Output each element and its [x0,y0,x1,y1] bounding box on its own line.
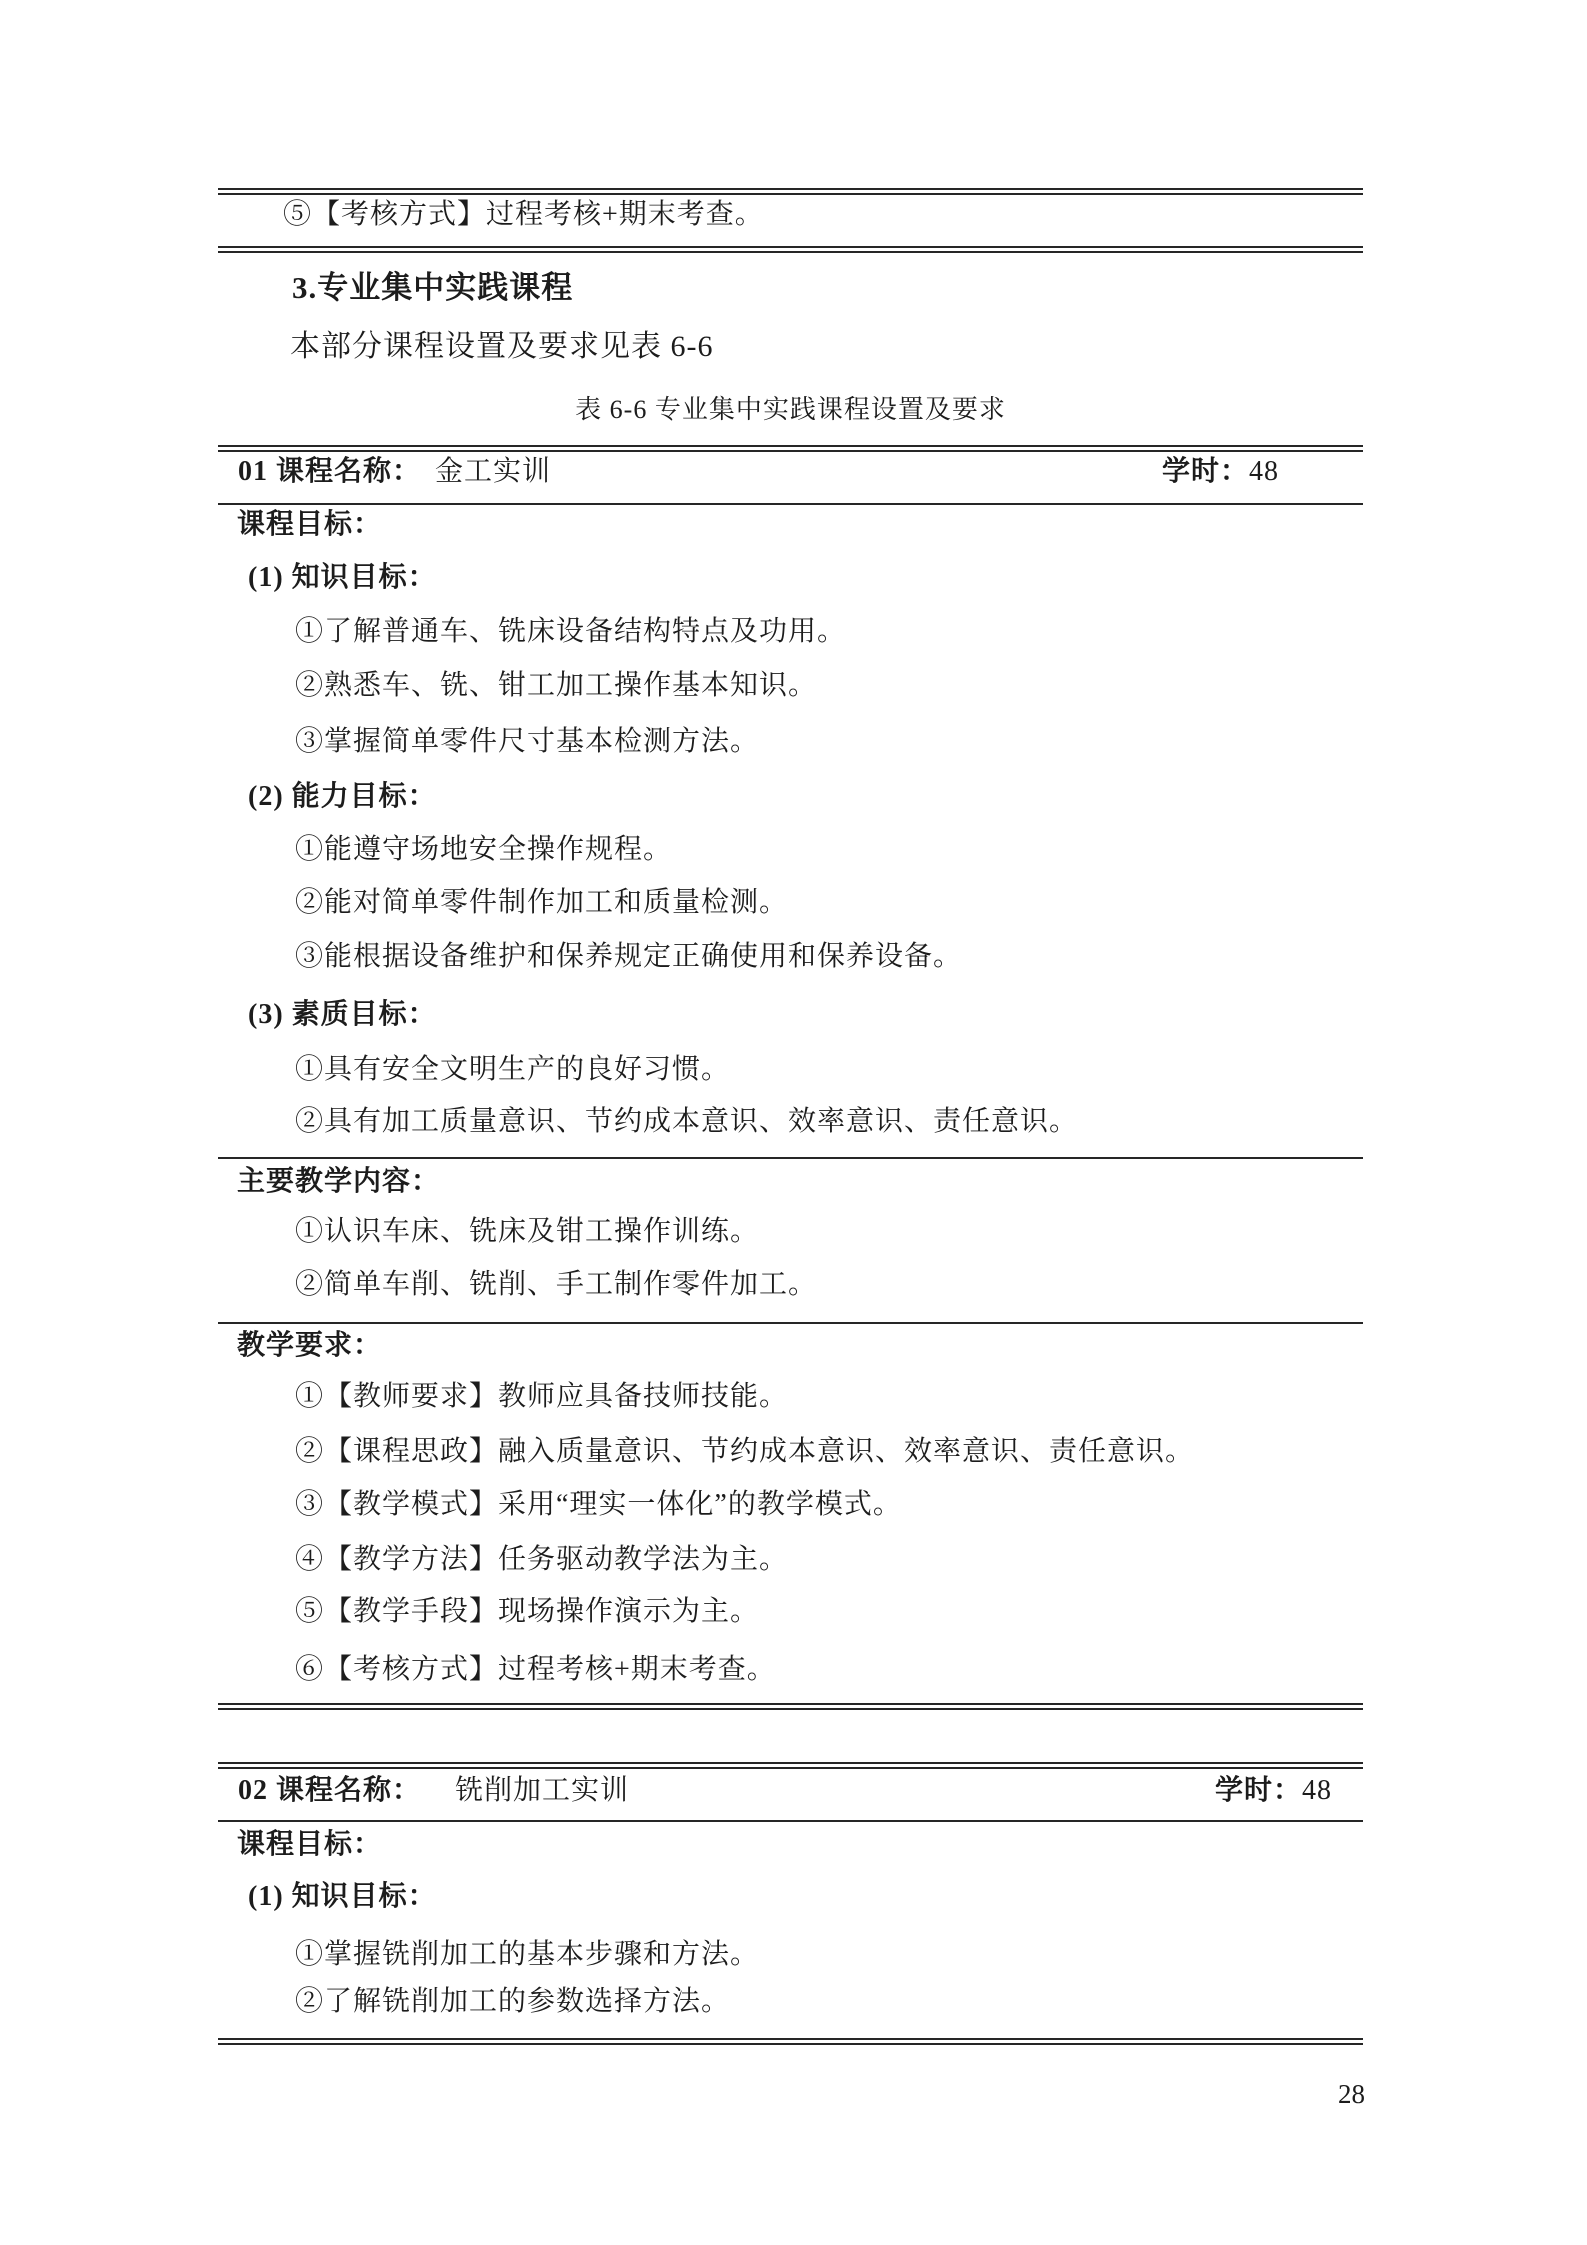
divider-single [218,503,1363,505]
document-page: ⑤【考核方式】过程考核+期末考查。 3.专业集中实践课程 本部分课程设置及要求见… [0,0,1587,2245]
course1-ability-header: (2) 能力目标： [248,780,437,814]
course1-quality-item: ②具有加工质量意识、节约成本意识、效率意识、责任意识。 [295,1105,1078,1139]
course1-knowledge-header: (1) 知识目标： [248,561,437,595]
course1-quality-item: ①具有安全文明生产的良好习惯。 [295,1053,730,1087]
divider-double [218,2038,1363,2045]
course1-header-row: 01 课程名称：金工实训 [238,455,551,489]
course1-knowledge-item: ②熟悉车、铣、钳工加工操作基本知识。 [295,669,817,703]
course1-goal-title: 课程目标： [237,508,382,542]
section-heading: 3.专业集中实践课程 [292,269,573,307]
course1-name: 金工实训 [435,456,551,487]
prev-exam-method-line: ⑤【考核方式】过程考核+期末考查。 [283,198,764,232]
divider-double [218,1703,1363,1710]
divider-single [218,1820,1363,1822]
course1-requirement-item: ⑥【考核方式】过程考核+期末考查。 [295,1653,776,1687]
course2-knowledge-item: ①掌握铣削加工的基本步骤和方法。 [295,1938,759,1972]
course1-ability-item: ②能对简单零件制作加工和质量检测。 [295,886,788,920]
divider-double [218,1762,1363,1769]
course2-knowledge-item: ②了解铣削加工的参数选择方法。 [295,1985,730,2019]
divider-single [218,1157,1363,1159]
course1-hours: 学时：48 [1162,455,1279,489]
course1-content-item: ①认识车床、铣床及钳工操作训练。 [295,1215,759,1249]
course1-ability-item: ①能遵守场地安全操作规程。 [295,833,672,867]
course1-requirement-item: ④【教学方法】任务驱动教学法为主。 [295,1543,788,1577]
course2-knowledge-header: (1) 知识目标： [248,1880,437,1914]
course1-content-title: 主要教学内容： [237,1165,440,1199]
course2-hours: 学时：48 [1215,1774,1332,1808]
section-note: 本部分课程设置及要求见表 6-6 [290,329,714,365]
course2-name: 铣削加工实训 [455,1775,629,1806]
course1-knowledge-item: ③掌握简单零件尺寸基本检测方法。 [295,725,759,759]
course1-quality-header: (3) 素质目标： [248,998,437,1032]
course1-requirement-item: ③【教学模式】采用“理实一体化”的教学模式。 [295,1488,902,1522]
page-number: 28 [1338,2078,1365,2110]
course1-knowledge-item: ①了解普通车、铣床设备结构特点及功用。 [295,615,846,649]
course1-hours-label: 学时： [1162,456,1249,487]
course2-header-row: 02 课程名称：铣削加工实训 [238,1774,629,1808]
course1-id-label: 01 课程名称： [238,456,421,487]
divider-single [218,1322,1363,1324]
course1-requirement-item: ⑤【教学手段】现场操作演示为主。 [295,1595,759,1629]
course2-goal-title: 课程目标： [237,1828,382,1862]
course2-hours-label: 学时： [1215,1775,1302,1806]
divider-double [218,188,1363,195]
course1-requirement-item: ①【教师要求】教师应具备技师技能。 [295,1380,788,1414]
course1-content-item: ②简单车削、铣削、手工制作零件加工。 [295,1268,817,1302]
course2-id-label: 02 课程名称： [238,1775,421,1806]
course2-hours-value: 48 [1302,1775,1332,1806]
course1-hours-value: 48 [1249,456,1279,487]
course1-requirement-title: 教学要求： [237,1329,382,1363]
divider-double [218,246,1363,253]
course1-requirement-item: ②【课程思政】融入质量意识、节约成本意识、效率意识、责任意识。 [295,1435,1194,1469]
course1-ability-item: ③能根据设备维护和保养规定正确使用和保养设备。 [295,940,962,974]
divider-double [218,445,1363,452]
table-caption: 表 6-6 专业集中实践课程设置及要求 [218,394,1363,426]
